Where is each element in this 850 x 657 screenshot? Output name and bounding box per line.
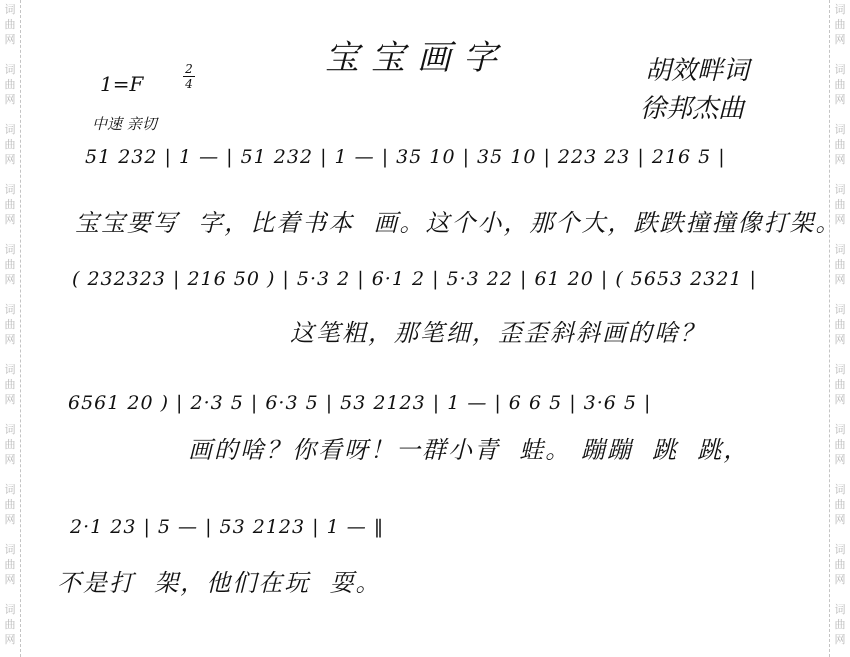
watermark: 词曲网 (0, 242, 20, 287)
lyrics-line-1: 宝宝要写 字，比着书本 画。这个小，那个大，跌跌撞撞像打架。 (75, 203, 842, 238)
watermark: 词曲网 (830, 602, 850, 647)
lyricist-credit: 胡效畔词 (645, 50, 749, 87)
composer-credit: 徐邦杰曲 (640, 88, 744, 125)
notation-line-2: ( 232323 | 216 50 ) | 5·3 2 | 6·1 2 | 5·… (72, 268, 757, 290)
notation-line-3: 6561 20 ) | 2·3 5 | 6·3 5 | 53 2123 | 1 … (68, 392, 651, 414)
notation-line-4: 2·1 23 | 5 — | 53 2123 | 1 — ‖ (70, 516, 384, 538)
song-title: 宝宝画字 (325, 30, 509, 79)
watermark: 词曲网 (830, 482, 850, 527)
lyrics-line-3: 画的啥？你看呀！一群小青 蛙。 蹦蹦 跳 跳， (188, 430, 749, 465)
watermark: 词曲网 (830, 2, 850, 47)
watermark: 词曲网 (0, 302, 20, 347)
watermark: 词曲网 (0, 422, 20, 467)
watermark: 词曲网 (830, 302, 850, 347)
watermark: 词曲网 (830, 62, 850, 107)
lyrics-line-2: 这笔粗，那笔细，歪歪斜斜画的啥？ (290, 313, 706, 348)
left-watermark-margin: 词曲网 词曲网 词曲网 词曲网 词曲网 词曲网 词曲网 词曲网 词曲网 词曲网 … (0, 0, 21, 657)
time-signature: 2 4 (183, 63, 195, 90)
watermark: 词曲网 (0, 542, 20, 587)
watermark: 词曲网 (830, 242, 850, 287)
watermark: 词曲网 (0, 182, 20, 227)
watermark: 词曲网 (0, 122, 20, 167)
time-signature-top: 2 (183, 63, 195, 75)
tempo-marking: 中速 亲切 (92, 113, 157, 134)
right-watermark-margin: 词曲网 词曲网 词曲网 词曲网 词曲网 词曲网 词曲网 词曲网 词曲网 词曲网 … (829, 0, 850, 657)
watermark: 词曲网 (0, 362, 20, 407)
watermark: 词曲网 (830, 542, 850, 587)
key-signature: 1=F (100, 72, 143, 96)
notation-line-1: 51 232 | 1 — | 51 232 | 1 — | 35 10 | 35… (85, 146, 726, 168)
watermark: 词曲网 (0, 2, 20, 47)
time-signature-bottom: 4 (183, 78, 195, 90)
watermark: 词曲网 (0, 482, 20, 527)
watermark: 词曲网 (0, 62, 20, 107)
watermark: 词曲网 (830, 362, 850, 407)
watermark: 词曲网 (830, 422, 850, 467)
watermark: 词曲网 (0, 602, 20, 647)
watermark: 词曲网 (830, 122, 850, 167)
lyrics-line-4: 不是打 架，他们在玩 耍。 (57, 563, 382, 598)
